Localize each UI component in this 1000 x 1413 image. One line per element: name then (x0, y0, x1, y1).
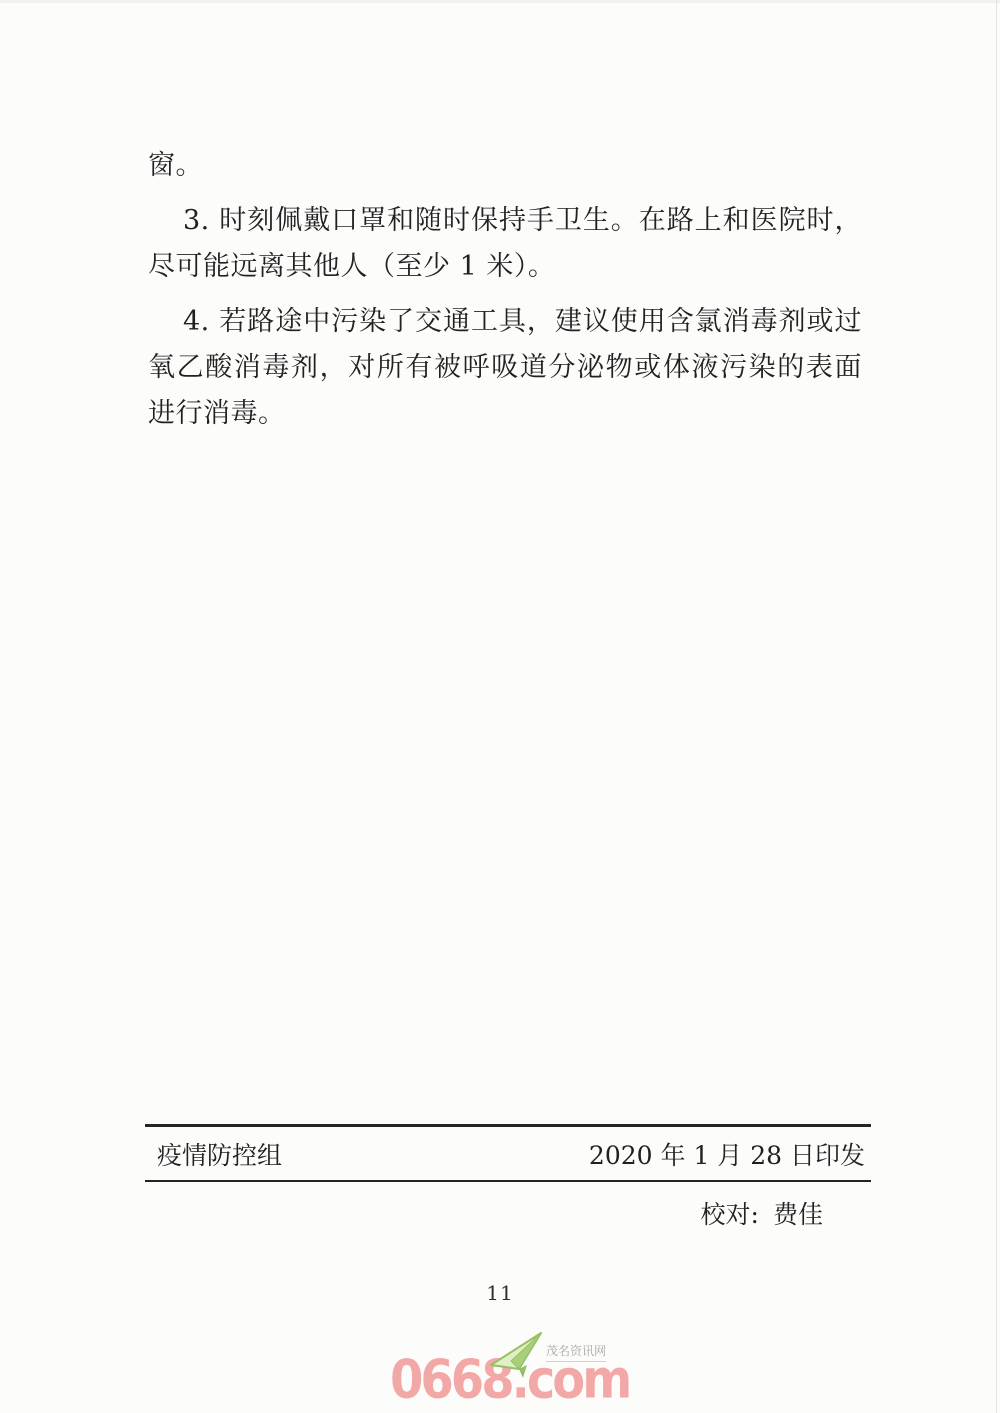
site-name-label: 茂名资讯网 (546, 1342, 606, 1362)
scan-artifact-top (0, 0, 1000, 3)
paper-plane-icon (490, 1332, 544, 1380)
paragraph-item-4: 4. 若路途中污染了交通工具，建议使用含氯消毒剂或过氧乙酸消毒剂，对所有被呼吸道… (148, 299, 862, 437)
document-page: 窗。 3. 时刻佩戴口罩和随时保持手卫生。在路上和医院时，尽可能远离其他人（至少… (0, 0, 1000, 1413)
issuer-label: 疫情防控组 (157, 1136, 282, 1172)
document-body: 窗。 3. 时刻佩戴口罩和随时保持手卫生。在路上和医院时，尽可能远离其他人（至少… (148, 143, 862, 437)
paragraph-item-3: 3. 时刻佩戴口罩和随时保持手卫生。在路上和医院时，尽可能远离其他人（至少 1 … (148, 198, 862, 290)
watermark: 0668.com 茂名资讯网 (388, 1330, 648, 1410)
proofreader-row: 校对:费佳 (145, 1182, 871, 1231)
paragraph-continuation: 窗。 (148, 143, 862, 189)
scan-artifact-right (996, 0, 997, 1413)
page-number: 11 (0, 1281, 1000, 1305)
footer-issuer-row: 疫情防控组 2020 年 1 月 28 日印发 (145, 1124, 871, 1182)
document-footer: 疫情防控组 2020 年 1 月 28 日印发 校对:费佳 (145, 1124, 871, 1231)
proofreader-label: 校对: (701, 1200, 759, 1229)
print-date-label: 2020 年 1 月 28 日印发 (589, 1136, 865, 1172)
proofreader-name: 费佳 (773, 1200, 823, 1229)
